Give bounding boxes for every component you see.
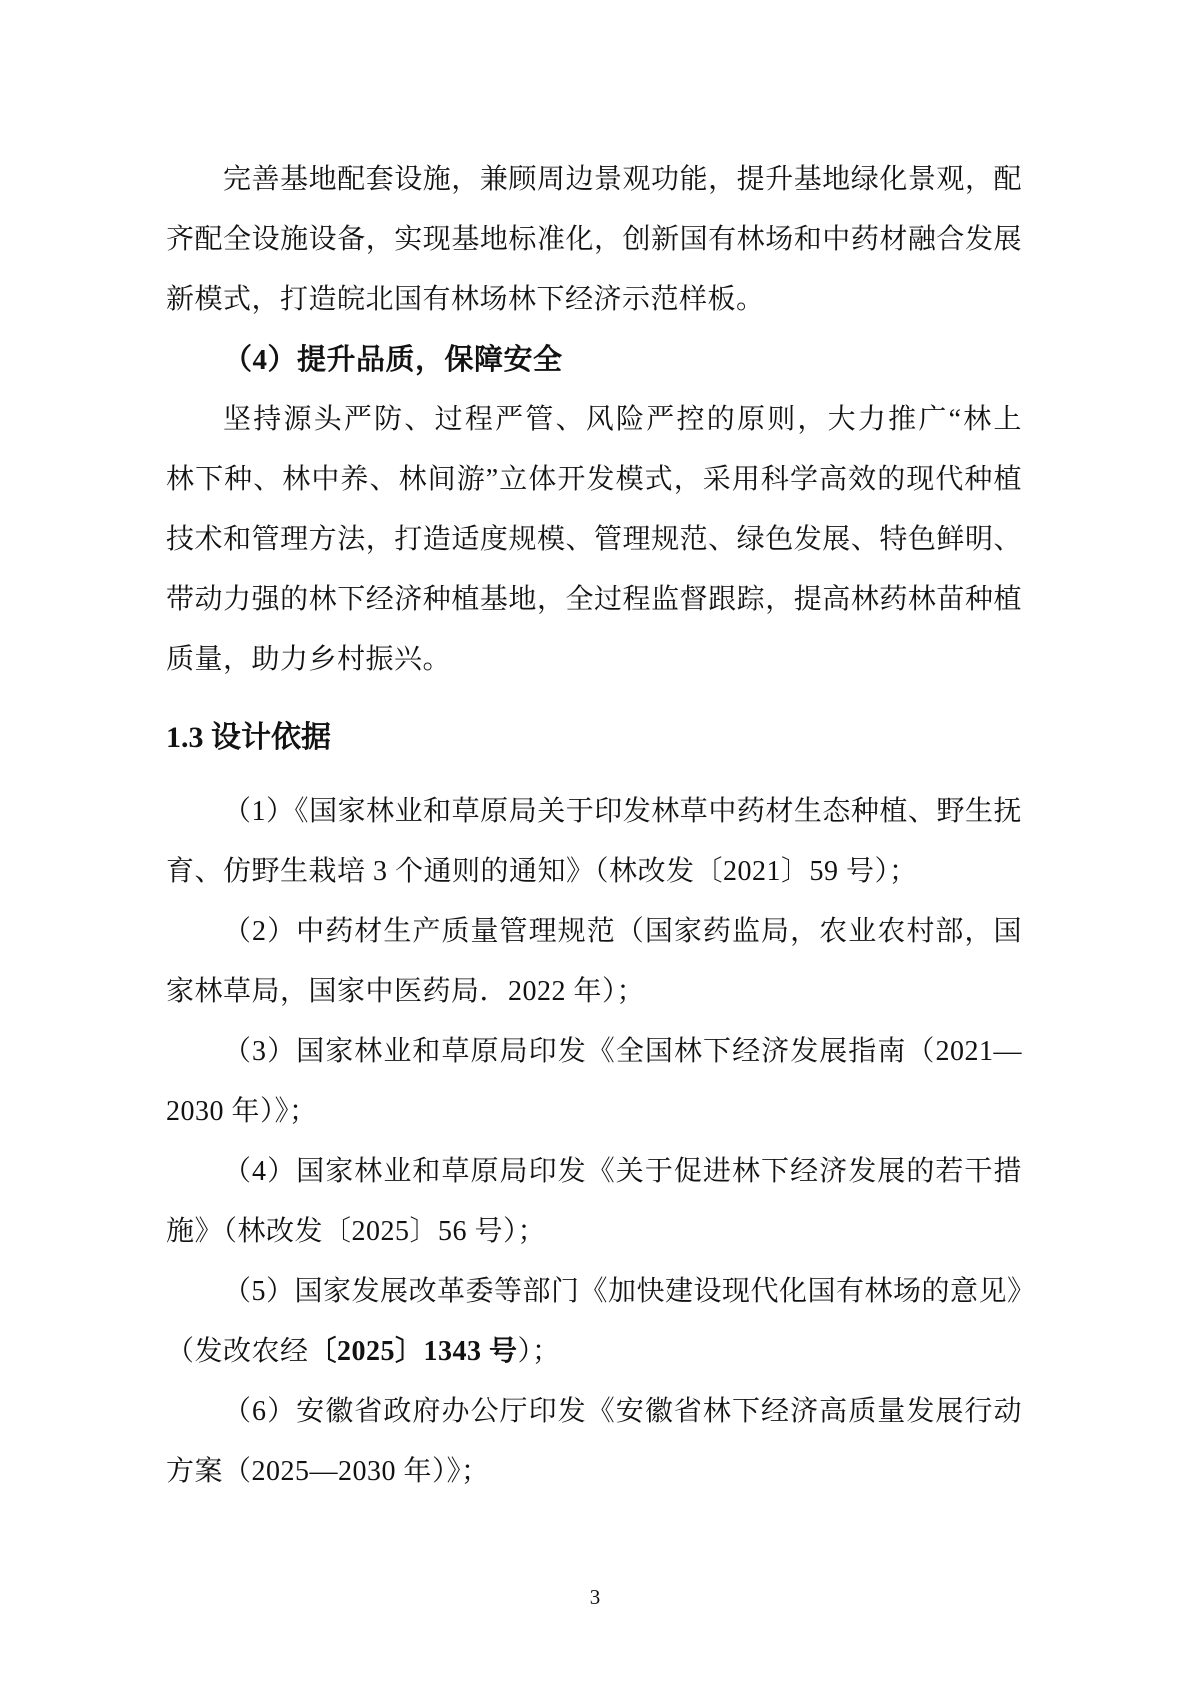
text-line: （发改农经〔2025〕1343 号）； [166, 1322, 1022, 1382]
section-heading-design-basis: 1.3 设计依据 [166, 708, 1022, 768]
subheading-quality-safety: （4）提升品质，保障安全 [166, 330, 1022, 390]
text-line: 施》（林改发〔2025〕56 号）； [166, 1202, 1022, 1262]
paragraph-quality: 坚持源头严防、过程严管、风险严控的原则，大力推广“林上采、 林下种、林中养、林间… [166, 390, 1022, 690]
text-line: 质量，助力乡村振兴。 [166, 630, 1022, 690]
paragraph-facilities: 完善基地配套设施，兼顾周边景观功能，提升基地绿化景观，配 齐配全设施设备，实现基… [166, 150, 1022, 330]
text-line: 完善基地配套设施，兼顾周边景观功能，提升基地绿化景观，配 [166, 150, 1022, 210]
text-line: （3）国家林业和草原局印发《全国林下经济发展指南（2021— [166, 1022, 1022, 1082]
text-line: 新模式，打造皖北国有林场林下经济示范样板。 [166, 270, 1022, 330]
reference-item-4: （4）国家林业和草原局印发《关于促进林下经济发展的若干措 施》（林改发〔2025… [166, 1142, 1022, 1262]
text-line: 家林草局，国家中医药局．2022 年）； [166, 962, 1022, 1022]
text-line: 坚持源头严防、过程严管、风险严控的原则，大力推广“林上采、 [166, 390, 1022, 450]
text-line: 育、仿野生栽培 3 个通则的通知》（林改发〔2021〕59 号）； [166, 842, 1022, 902]
text-line: （4）国家林业和草原局印发《关于促进林下经济发展的若干措 [166, 1142, 1022, 1202]
reference-item-3: （3）国家林业和草原局印发《全国林下经济发展指南（2021— 2030 年）》； [166, 1022, 1022, 1142]
text-line: （5）国家发展改革委等部门《加快建设现代化国有林场的意见》 [166, 1262, 1022, 1322]
text-line: 带动力强的林下经济种植基地，全过程监督跟踪，提高林药林苗种植 [166, 570, 1022, 630]
page-number: 3 [0, 1584, 1190, 1610]
text-segment-document-number: 〔2025〕1343 号 [309, 1336, 518, 1367]
document-body: 完善基地配套设施，兼顾周边景观功能，提升基地绿化景观，配 齐配全设施设备，实现基… [166, 150, 1022, 1502]
reference-item-5: （5）国家发展改革委等部门《加快建设现代化国有林场的意见》 （发改农经〔2025… [166, 1262, 1022, 1382]
text-line: 技术和管理方法，打造适度规模、管理规范、绿色发展、特色鲜明、 [166, 510, 1022, 570]
text-line: （1）《国家林业和草原局关于印发林草中药材生态种植、野生抚 [166, 782, 1022, 842]
text-line: 2030 年）》； [166, 1082, 1022, 1142]
text-line: 林下种、林中养、林间游”立体开发模式，采用科学高效的现代种植 [166, 450, 1022, 510]
text-line: 方案（2025—2030 年）》； [166, 1442, 1022, 1502]
reference-item-1: （1）《国家林业和草原局关于印发林草中药材生态种植、野生抚 育、仿野生栽培 3 … [166, 782, 1022, 902]
reference-item-2: （2）中药材生产质量管理规范（国家药监局，农业农村部，国 家林草局，国家中医药局… [166, 902, 1022, 1022]
text-line: （2）中药材生产质量管理规范（国家药监局，农业农村部，国 [166, 902, 1022, 962]
text-segment: ）； [518, 1336, 561, 1367]
reference-item-6: （6）安徽省政府办公厅印发《安徽省林下经济高质量发展行动 方案（2025—203… [166, 1382, 1022, 1502]
text-segment: （发改农经 [166, 1336, 309, 1367]
text-line: 齐配全设施设备，实现基地标准化，创新国有林场和中药材融合发展 [166, 210, 1022, 270]
text-line: （6）安徽省政府办公厅印发《安徽省林下经济高质量发展行动 [166, 1382, 1022, 1442]
document-page: 完善基地配套设施，兼顾周边景观功能，提升基地绿化景观，配 齐配全设施设备，实现基… [0, 0, 1190, 1683]
